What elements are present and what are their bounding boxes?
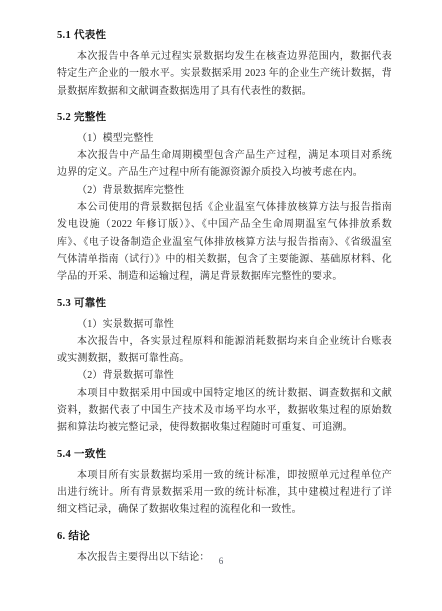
section-heading-5-1: 5.1 代表性: [57, 27, 392, 44]
section-heading-5-3: 5.3 可靠性: [57, 295, 392, 312]
section-heading-6: 6. 结论: [57, 528, 392, 545]
numbered-subheading: （1）实景数据可靠性: [57, 316, 392, 333]
document-page: 5.1 代表性 本次报告中各单元过程实景数据均发生在核查边界范围内，数据代表特定…: [0, 0, 442, 611]
body-paragraph: 本次报告中各单元过程实景数据均发生在核查边界范围内，数据代表特定生产企业的一般水…: [57, 48, 392, 100]
numbered-subheading: （2）背景数据可靠性: [57, 367, 392, 384]
numbered-subheading: （2）背景数据库完整性: [57, 182, 392, 199]
numbered-subheading: （1）模型完整性: [57, 130, 392, 147]
body-paragraph: 本公司使用的背景数据包括《企业温室气体排放核算方法与报告指南发电设施（2022 …: [57, 199, 392, 285]
body-paragraph: 本项目中数据采用中国或中国特定地区的统计数据、调查数据和文献资料，数据代表了中国…: [57, 385, 392, 437]
section-heading-5-4: 5.4 一致性: [57, 446, 392, 463]
body-paragraph: 本次报告中，各实景过程原料和能源消耗数据均来自企业统计台账表或实测数据，数据可靠…: [57, 333, 392, 368]
page-number: 6: [0, 556, 442, 566]
body-paragraph: 本次报告中产品生命周期模型包含产品生产过程，满足本项目对系统边界的定义。产品生产…: [57, 147, 392, 182]
section-heading-5-2: 5.2 完整性: [57, 109, 392, 126]
body-paragraph: 本项目所有实景数据均采用一致的统计标准，即按照单元过程单位产出进行统计。所有背景…: [57, 467, 392, 519]
